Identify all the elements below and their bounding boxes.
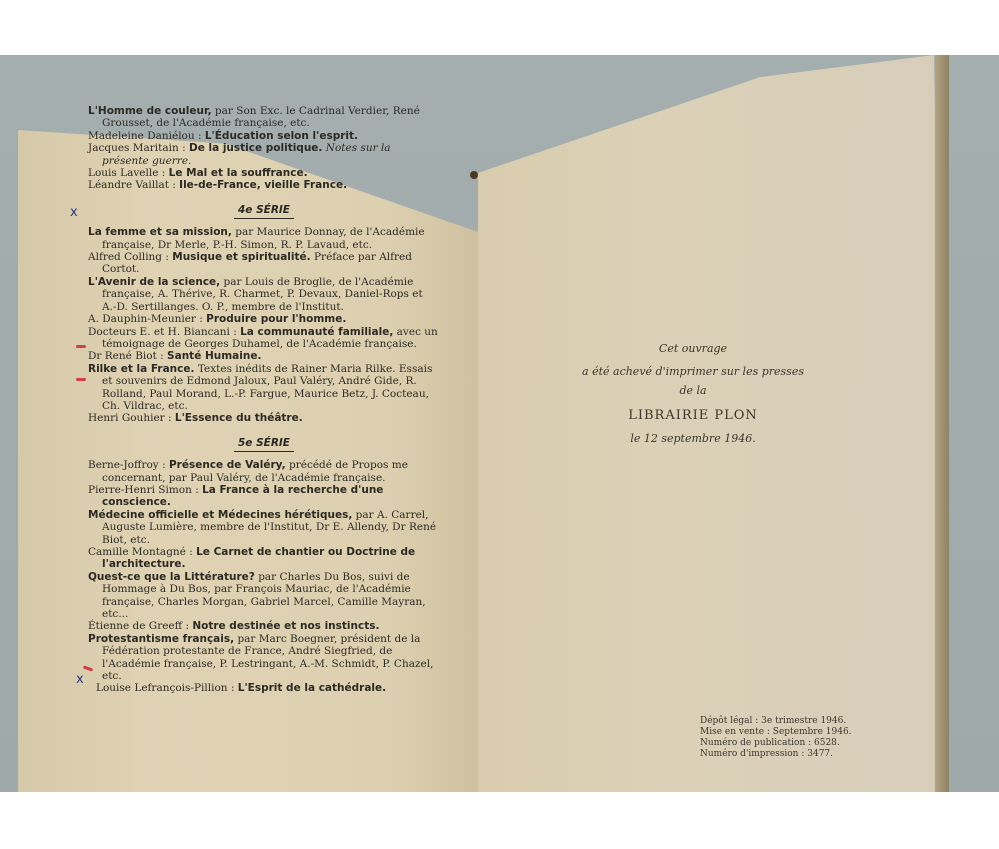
- legal-deposit-info: Dépôt légal : 3e trimestre 1946. Mise en…: [700, 716, 852, 760]
- list-item: Protestantisme français, par Marc Boegne…: [88, 633, 440, 683]
- list-item: Médecine officielle et Médecines hérétiq…: [88, 509, 440, 546]
- list-item: Louise Lefrançois-Pillion : L'Esprit de …: [88, 682, 440, 694]
- blue-x-mark-icon: x: [70, 205, 78, 220]
- list-item: Henri Gouhier : L'Essence du théâtre.: [88, 412, 440, 424]
- list-item: Léandre Vaillat : Ile-de-France, vieille…: [88, 179, 440, 191]
- list-item: La femme et sa mission, par Maurice Donn…: [88, 226, 440, 251]
- list-item: A. Dauphin-Meunier : Produire pour l'hom…: [88, 313, 440, 325]
- series-heading-4: 4e SÉRIE: [88, 204, 440, 216]
- book-list: L'Homme de couleur, par Son Exc. le Cadr…: [88, 105, 440, 695]
- series-heading-5: 5e SÉRIE: [88, 437, 440, 449]
- list-item: Rilke et la France. Textes inédits de Ra…: [88, 363, 440, 413]
- blue-x-mark-icon: x: [76, 672, 84, 687]
- red-tick-mark-icon: [76, 378, 86, 381]
- list-item: Dr René Biot : Santé Humaine.: [88, 350, 440, 362]
- list-item: Docteurs E. et H. Biancani : La communau…: [88, 326, 440, 351]
- list-item: L'Avenir de la science, par Louis de Bro…: [88, 276, 440, 313]
- list-item: Jacques Maritain : De la justice politiq…: [88, 142, 440, 167]
- list-item: Madeleine Daniélou : L'Éducation selon l…: [88, 130, 440, 142]
- list-item: L'Homme de couleur, par Son Exc. le Cadr…: [88, 105, 440, 130]
- print-date: le 12 septembre 1946.: [578, 432, 808, 445]
- list-item: Étienne de Greeff : Notre destinée et no…: [88, 620, 440, 632]
- publisher-name: LIBRAIRIE PLON: [578, 409, 808, 422]
- binding-hole: [470, 171, 478, 179]
- page-edges: [935, 55, 949, 792]
- red-tick-mark-icon: [76, 345, 86, 348]
- colophon: Cet ouvrage a été achevé d'imprimer sur …: [578, 342, 808, 445]
- list-item: Pierre-Henri Simon : La France à la rech…: [88, 484, 440, 509]
- list-item: Louis Lavelle : Le Mal et la souffrance.: [88, 167, 440, 179]
- list-item: Quest-ce que la Littérature? par Charles…: [88, 571, 440, 621]
- list-item: Berne-Joffroy : Présence de Valéry, préc…: [88, 459, 440, 484]
- list-item: Alfred Colling : Musique et spiritualité…: [88, 251, 440, 276]
- list-item: Camille Montagné : Le Carnet de chantier…: [88, 546, 440, 571]
